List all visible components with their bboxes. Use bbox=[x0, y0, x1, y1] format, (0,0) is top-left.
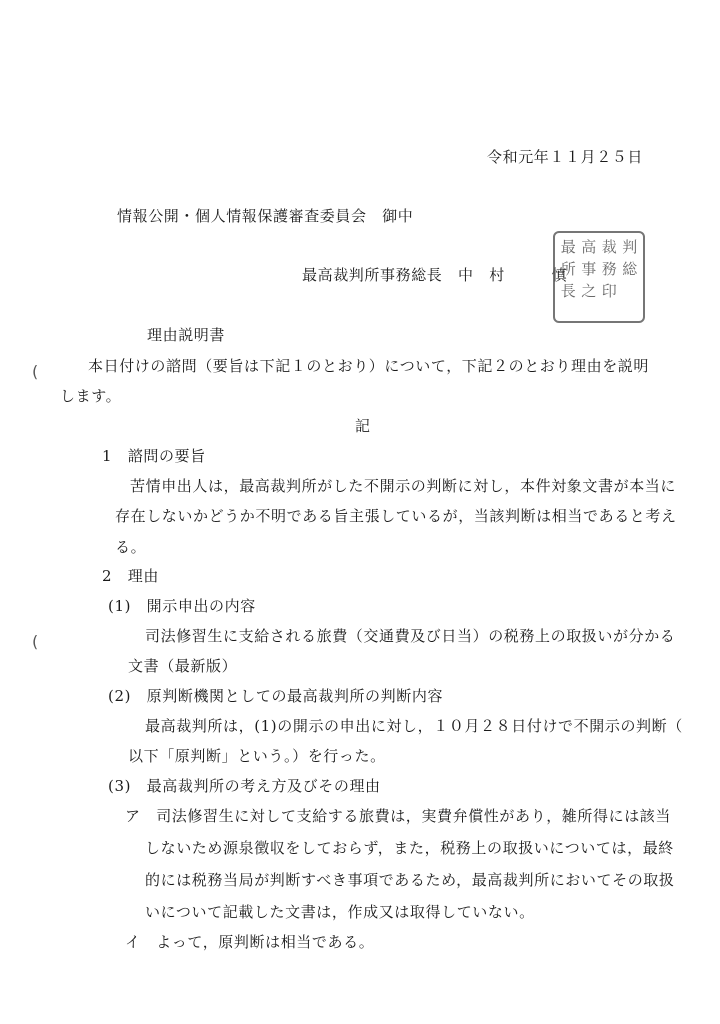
paragraph-line: ア 司法修習生に対して支給する旅費は，実費弁償性があり，雑所得には該当 bbox=[125, 806, 671, 826]
seal-char: 事 bbox=[580, 259, 599, 279]
seal-char: 印 bbox=[600, 281, 619, 301]
seal-char: 務 bbox=[600, 259, 619, 279]
seal-char: 所 bbox=[559, 259, 578, 279]
seal-char: 判 bbox=[621, 237, 640, 257]
margin-mark: ( bbox=[32, 632, 38, 651]
ki-heading: 記 bbox=[355, 416, 371, 436]
seal-char: 総 bbox=[621, 259, 640, 279]
section-heading: 2 理由 bbox=[102, 566, 159, 586]
paragraph-line: 司法修習生に支給される旅費（交通費及び日当）の税務上の取扱いが分かる bbox=[145, 626, 675, 646]
margin-mark: ( bbox=[32, 362, 38, 381]
seal-char: 最 bbox=[559, 237, 578, 257]
paragraph-line: 文書（最新版） bbox=[128, 656, 237, 676]
paragraph-line: 以下「原判断」という。）を行った。 bbox=[128, 746, 386, 766]
seal-char: 長 bbox=[559, 281, 578, 301]
subsection-heading: (2) 原判断機関としての最高裁判所の判断内容 bbox=[108, 686, 443, 706]
subsection-heading: (3) 最高裁判所の考え方及びその理由 bbox=[108, 776, 381, 796]
official-seal: 最 高 裁 判 所 事 務 総 長 之 印 bbox=[553, 231, 645, 323]
paragraph-line: る。 bbox=[115, 537, 146, 557]
paragraph-line: 的には税務当局が判断すべき事項であるため，最高裁判所においてその取扱 bbox=[145, 870, 675, 890]
addressee: 情報公開・個人情報保護審査委員会 御中 bbox=[117, 206, 413, 226]
paragraph-line: しないため源泉徴収をしておらず，また，税務上の取扱いについては，最終 bbox=[145, 838, 674, 858]
paragraph-line: 存在しないかどうか不明である旨主張しているが，当該判断は相当であると考え bbox=[115, 506, 677, 526]
intro-line: します。 bbox=[60, 386, 121, 406]
intro-line: 本日付けの諮問（要旨は下記１のとおり）について，下記２のとおり理由を説明 bbox=[88, 356, 649, 376]
paragraph-line: イ よって，原判断は相当である。 bbox=[125, 932, 374, 952]
document-date: 令和元年１１月２５日 bbox=[487, 147, 643, 167]
paragraph-line: 苦情申出人は，最高裁判所がした不開示の判断に対し，本件対象文書が本当に bbox=[130, 476, 676, 496]
section-heading: 1 諮問の要旨 bbox=[102, 446, 206, 466]
sender: 最高裁判所事務総長 中 村 慎 bbox=[302, 265, 567, 285]
paragraph-line: いについて記載した文書は，作成又は取得していない。 bbox=[145, 902, 535, 922]
seal-char: 高 bbox=[580, 237, 599, 257]
seal-char: 裁 bbox=[600, 237, 619, 257]
paragraph-line: 最高裁判所は，(1)の開示の申出に対し，１０月２８日付けで不開示の判断（ bbox=[145, 716, 683, 736]
subsection-heading: (1) 開示申出の内容 bbox=[108, 596, 256, 616]
document-title: 理由説明書 bbox=[147, 325, 225, 345]
seal-char: 之 bbox=[580, 281, 599, 301]
